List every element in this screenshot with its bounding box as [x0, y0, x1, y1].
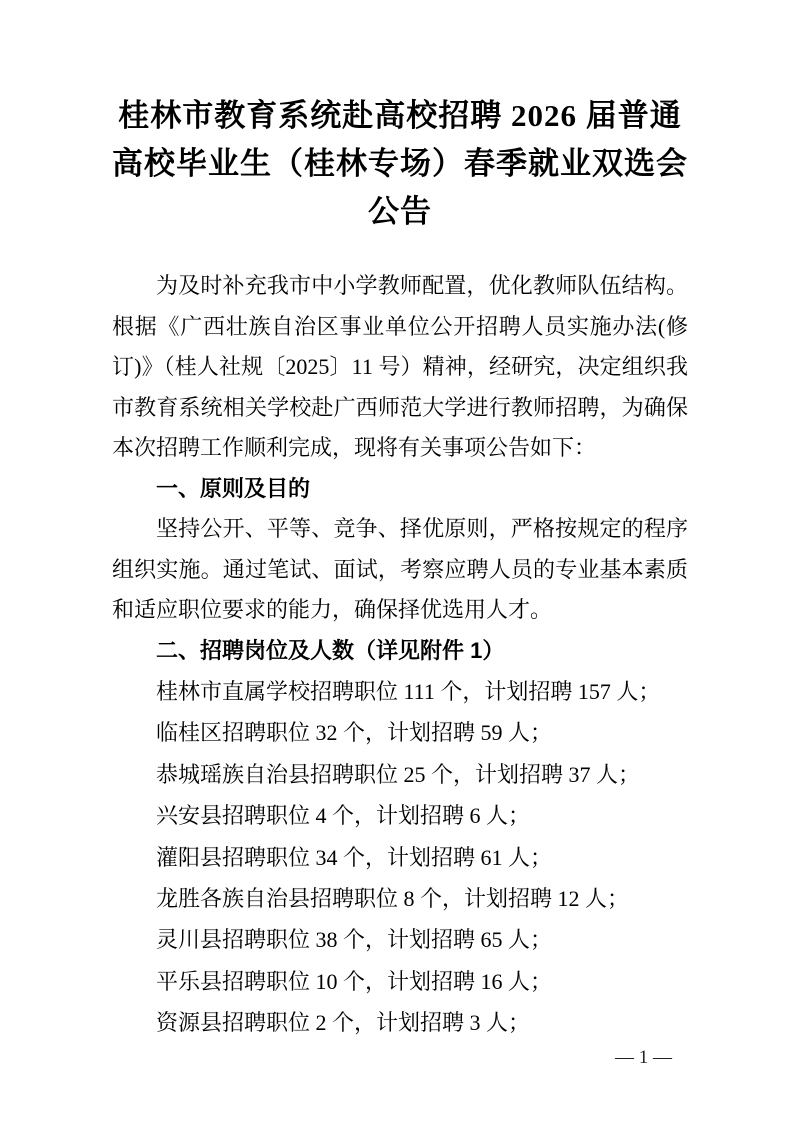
recruit-item: 恭城瑶族自治县招聘职位 25 个，计划招聘 37 人； — [112, 754, 688, 795]
recruit-item: 资源县招聘职位 2 个，计划招聘 3 人； — [112, 1002, 688, 1043]
title-line-2: 高校毕业生（桂林专场）春季就业双选会 — [0, 140, 800, 188]
document-body: 为及时补充我市中小学教师配置，优化教师队伍结构。 根据《广西壮族自治区事业单位公… — [112, 266, 688, 1044]
section1-heading: 一、原则及目的 — [112, 469, 688, 510]
document-page: 桂林市教育系统赴高校招聘 2026 届普通 高校毕业生（桂林专场）春季就业双选会… — [0, 0, 800, 1131]
recruit-item: 临桂区招聘职位 32 个，计划招聘 59 人； — [112, 712, 688, 753]
page-number: — 1 — — [615, 1046, 672, 1070]
intro-line: 本次招聘工作顺利完成，现将有关事项公告如下： — [112, 428, 688, 469]
recruit-item: 兴安县招聘职位 4 个，计划招聘 6 人； — [112, 795, 688, 836]
recruit-item: 龙胜各族自治县招聘职位 8 个，计划招聘 12 人； — [112, 878, 688, 919]
recruit-item: 灌阳县招聘职位 34 个，计划招聘 61 人； — [112, 837, 688, 878]
section1-line: 和适应职位要求的能力，确保择优选用人才。 — [112, 590, 688, 631]
intro-line: 市教育系统相关学校赴广西师范大学进行教师招聘，为确保 — [112, 388, 688, 429]
intro-line: 订)》（桂人社规〔2025〕11 号）精神，经研究，决定组织我 — [112, 347, 688, 388]
intro-line: 为及时补充我市中小学教师配置，优化教师队伍结构。 — [112, 266, 688, 307]
section1-line: 坚持公开、平等、竞争、择优原则，严格按规定的程序 — [112, 509, 688, 550]
section2-heading: 二、招聘岗位及人数（详见附件 1） — [112, 631, 688, 672]
recruit-item: 灵川县招聘职位 38 个，计划招聘 65 人； — [112, 919, 688, 960]
title-line-1: 桂林市教育系统赴高校招聘 2026 届普通 — [0, 92, 800, 140]
section1-line: 组织实施。通过笔试、面试，考察应聘人员的专业基本素质 — [112, 550, 688, 591]
title-line-3: 公告 — [0, 188, 800, 236]
recruit-item: 平乐县招聘职位 10 个，计划招聘 16 人； — [112, 961, 688, 1002]
intro-line: 根据《广西壮族自治区事业单位公开招聘人员实施办法(修 — [112, 307, 688, 348]
document-title: 桂林市教育系统赴高校招聘 2026 届普通 高校毕业生（桂林专场）春季就业双选会… — [0, 92, 800, 236]
recruit-item: 桂林市直属学校招聘职位 111 个，计划招聘 157 人； — [112, 671, 688, 712]
